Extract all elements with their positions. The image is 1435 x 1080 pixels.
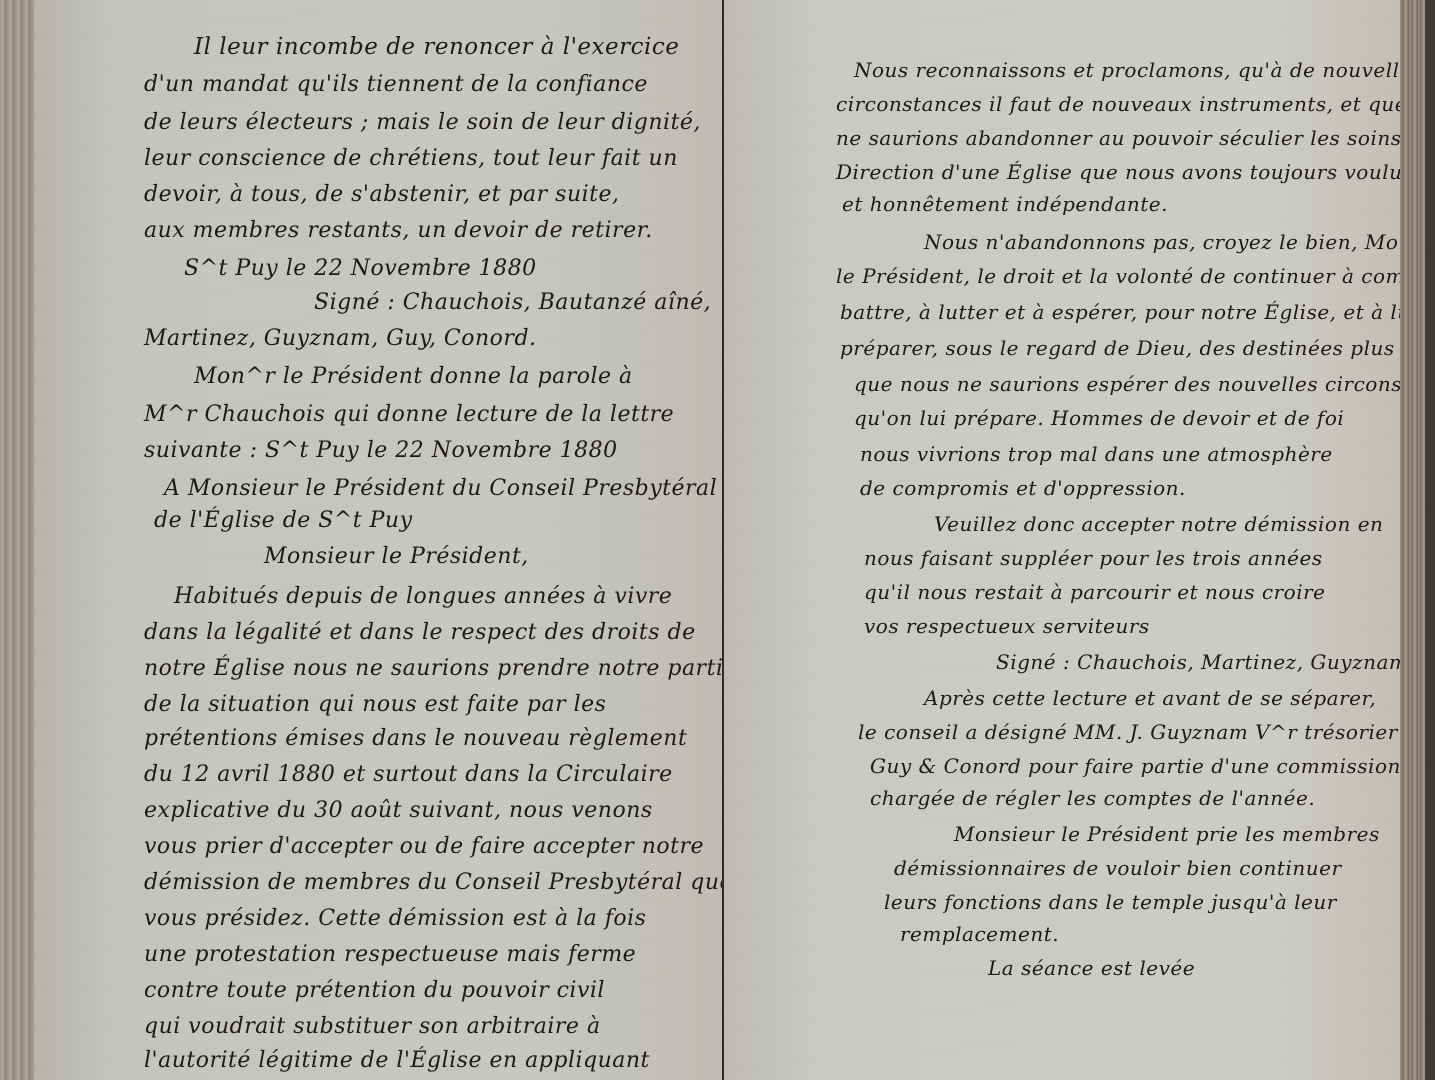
manuscript-line: et honnêtement indépendante. [842, 192, 1168, 216]
page-stack-left-edge [0, 0, 34, 1080]
manuscript-line: qu'on lui prépare. Hommes de devoir et d… [854, 406, 1344, 430]
manuscript-line: nous faisant suppléer pour les trois ann… [864, 546, 1323, 570]
page-stack-right-edge [1400, 0, 1435, 1080]
open-register-book: Il leur incombe de renoncer à l'exercice… [0, 0, 1435, 1080]
manuscript-line: Guy & Conord pour faire partie d'une com… [870, 754, 1401, 778]
letter-address: de l'Église de S^t Puy [154, 508, 413, 533]
manuscript-line: leurs fonctions dans le temple jusqu'à l… [884, 890, 1337, 914]
manuscript-line: dans la légalité et dans le respect des … [144, 620, 696, 645]
manuscript-line: l'autorité légitime de l'Église en appli… [144, 1048, 650, 1073]
manuscript-line: vous présidez. Cette démission est à la … [144, 906, 646, 931]
manuscript-line: préparer, sous le regard de Dieu, des de… [840, 336, 1435, 360]
signed-names-line: Martinez, Guyznam, Guy, Conord. [144, 326, 537, 351]
manuscript-line: Nous n'abandonnons pas, croyez le bien, … [924, 230, 1435, 254]
date-line: S^t Puy le 22 Novembre 1880 [184, 256, 537, 281]
manuscript-line: battre, à lutter et à espérer, pour notr… [840, 300, 1418, 324]
manuscript-line: explicative du 30 août suivant, nous ven… [144, 798, 653, 823]
manuscript-line: M^r Chauchois qui donne lecture de la le… [144, 402, 674, 427]
manuscript-line: de la situation qui nous est faite par l… [144, 692, 606, 717]
manuscript-line: prétentions émises dans le nouveau règle… [144, 726, 687, 751]
manuscript-line: chargée de régler les comptes de l'année… [870, 786, 1315, 810]
letter-salutation: Monsieur le Président, [264, 544, 529, 569]
manuscript-line: aux membres restants, un devoir de retir… [144, 218, 653, 243]
manuscript-line: de leurs électeurs ; mais le soin de leu… [144, 110, 701, 135]
manuscript-line: Direction d'une Église que nous avons to… [836, 160, 1435, 184]
signed-line: Signé : Chauchois, Martinez, Guyznam [996, 650, 1408, 674]
manuscript-line: démissionnaires de vouloir bien continue… [894, 856, 1342, 880]
manuscript-line: leur conscience de chrétiens, tout leur … [144, 146, 678, 171]
right-page: Nous reconnaissons et proclamons, qu'à d… [724, 0, 1400, 1080]
manuscript-line: circonstances il faut de nouveaux instru… [836, 92, 1435, 116]
right-page-text: Nous reconnaissons et proclamons, qu'à d… [724, 0, 1400, 1080]
manuscript-line: vos respectueux serviteurs [864, 614, 1150, 638]
manuscript-line: ne saurions abandonner au pouvoir séculi… [836, 126, 1435, 150]
manuscript-line: nous vivrions trop mal dans une atmosphè… [860, 442, 1333, 466]
manuscript-line: de compromis et d'oppression. [860, 476, 1186, 500]
manuscript-line: Monsieur le Président prie les membres [954, 822, 1380, 846]
manuscript-line: notre Église nous ne saurions prendre no… [144, 656, 723, 681]
left-page: Il leur incombe de renoncer à l'exercice… [34, 0, 724, 1080]
manuscript-line: le Président, le droit et la volonté de … [836, 264, 1412, 288]
manuscript-line: devoir, à tous, de s'abstenir, et par su… [144, 182, 620, 207]
signed-line: Signé : Chauchois, Bautanzé aîné, [314, 290, 711, 315]
manuscript-line: du 12 avril 1880 et surtout dans la Circ… [144, 762, 673, 787]
manuscript-line: qui voudrait substituer son arbitraire à [144, 1014, 601, 1039]
manuscript-line: remplacement. [900, 922, 1059, 946]
manuscript-line: vous prier d'accepter ou de faire accept… [144, 834, 704, 859]
manuscript-line: d'un mandat qu'ils tiennent de la confia… [144, 72, 648, 97]
manuscript-line: Veuillez donc accepter notre démission e… [934, 512, 1383, 536]
manuscript-line: Habitués depuis de longues années à vivr… [174, 584, 672, 609]
manuscript-line: suivante : S^t Puy le 22 Novembre 1880 [144, 438, 618, 463]
manuscript-line: contre toute prétention du pouvoir civil [144, 978, 605, 1003]
manuscript-line: le conseil a désigné MM. J. Guyznam V^r … [858, 720, 1398, 744]
manuscript-line: Après cette lecture et avant de se sépar… [924, 686, 1376, 710]
manuscript-line: Mon^r le Président donne la parole à [194, 364, 633, 389]
closing-line: La séance est levée [988, 956, 1195, 980]
manuscript-line: qu'il nous restait à parcourir et nous c… [864, 580, 1325, 604]
manuscript-line: que nous ne saurions espérer des nouvell… [854, 372, 1435, 396]
letter-address: A Monsieur le Président du Conseil Presb… [164, 476, 717, 501]
manuscript-line: Nous reconnaissons et proclamons, qu'à d… [854, 58, 1423, 82]
manuscript-line: démission de membres du Conseil Presbyté… [144, 870, 733, 895]
manuscript-line: une protestation respectueuse mais ferme [144, 942, 636, 967]
manuscript-line: Il leur incombe de renoncer à l'exercice [194, 34, 679, 60]
left-page-text: Il leur incombe de renoncer à l'exercice… [34, 0, 724, 1080]
